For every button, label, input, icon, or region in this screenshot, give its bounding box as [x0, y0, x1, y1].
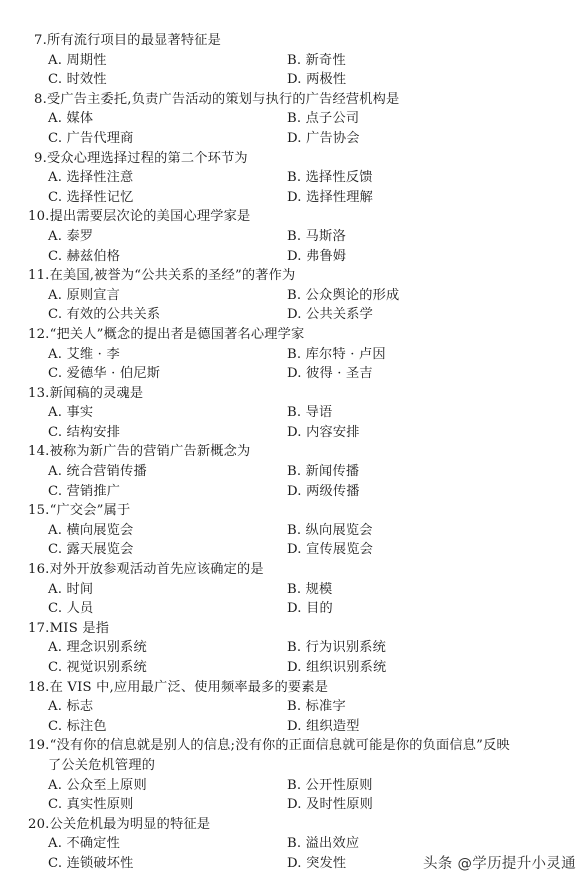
option-a: A. 公众至上原则 [48, 776, 147, 796]
option-c: C. 真实性原则 [48, 795, 134, 815]
question-stem: 17.MIS 是指 [0, 619, 588, 639]
option-c: C. 连锁破坏性 [48, 854, 134, 874]
question-18: 18.在 VIS 中,应用最广泛、使用频率最多的要素是 A. 标志B. 标准字 … [0, 678, 588, 737]
option-d: D. 彼得 · 圣吉 [287, 364, 373, 384]
option-c: C. 赫兹伯格 [48, 247, 120, 267]
option-b: B. 行为识别系统 [287, 638, 386, 658]
option-a: A. 时间 [48, 580, 93, 600]
option-a: A. 选择性注意 [48, 168, 133, 188]
question-stem: 8.受广告主委托,负责广告活动的策划与执行的广告经营机构是 [0, 90, 588, 110]
question-16: 16.对外开放参观活动首先应该确定的是 A. 时间B. 规模 C. 人员D. 目… [0, 560, 588, 619]
question-stem: 10.提出需要层次论的美国心理学家是 [0, 207, 588, 227]
question-7: 7.所有流行项目的最显著特征是 A. 周期性B. 新奇性 C. 时效性D. 两极… [0, 31, 588, 90]
option-b: B. 公众舆论的形成 [287, 286, 399, 306]
option-a: A. 横向展览会 [48, 521, 133, 541]
option-b: B. 公开性原则 [287, 776, 373, 796]
question-stem: 19.“没有你的信息就是别人的信息;没有你的正面信息就可能是你的负面信息”反映 [0, 736, 588, 756]
question-stem: 9.受众心理选择过程的第二个环节为 [0, 149, 588, 169]
option-b: B. 标准字 [287, 697, 346, 717]
option-d: D. 内容安排 [287, 423, 360, 443]
question-10: 10.提出需要层次论的美国心理学家是 A. 泰罗B. 马斯洛 C. 赫兹伯格D.… [0, 207, 588, 266]
option-a: A. 标志 [48, 697, 93, 717]
option-c: C. 广告代理商 [48, 129, 134, 149]
option-b: B. 规模 [287, 580, 332, 600]
option-d: D. 弗鲁姆 [287, 247, 346, 267]
question-9: 9.受众心理选择过程的第二个环节为 A. 选择性注意B. 选择性反馈 C. 选择… [0, 149, 588, 208]
option-b: B. 点子公司 [287, 109, 359, 129]
option-d: D. 宣传展览会 [287, 540, 373, 560]
option-d: D. 两极性 [287, 70, 346, 90]
option-a: A. 事实 [48, 403, 93, 423]
option-a: A. 理念识别系统 [48, 638, 147, 658]
question-stem: 7.所有流行项目的最显著特征是 [0, 31, 588, 51]
option-c: C. 有效的公共关系 [48, 305, 160, 325]
option-c: C. 露天展览会 [48, 540, 134, 560]
option-a: A. 统合营销传播 [48, 462, 147, 482]
option-b: B. 库尔特 · 卢因 [287, 345, 386, 365]
question-12: 12.“把关人”概念的提出者是德国著名心理学家 A. 艾维 · 李B. 库尔特 … [0, 325, 588, 384]
question-14: 14.被称为新广告的营销广告新概念为 A. 统合营销传播B. 新闻传播 C. 营… [0, 442, 588, 501]
option-d: D. 突发性 [287, 854, 346, 874]
option-d: D. 及时性原则 [287, 795, 373, 815]
question-19: 19.“没有你的信息就是别人的信息;没有你的正面信息就可能是你的负面信息”反映 … [0, 736, 588, 814]
watermark: 头条 @学历提升小灵通 [423, 852, 576, 873]
option-c: C. 时效性 [48, 70, 107, 90]
option-c: C. 人员 [48, 599, 93, 619]
question-15: 15.“广交会”属于 A. 横向展览会B. 纵向展览会 C. 露天展览会D. 宣… [0, 501, 588, 560]
question-stem: 11.在美国,被誉为“公共关系的圣经”的著作为 [0, 266, 588, 286]
option-a: A. 原则宣言 [48, 286, 120, 306]
option-b: B. 纵向展览会 [287, 521, 373, 541]
option-a: A. 媒体 [48, 109, 93, 129]
option-a: A. 周期性 [48, 51, 107, 71]
option-b: B. 新奇性 [287, 51, 346, 71]
option-c: C. 视觉识别系统 [48, 658, 147, 678]
option-d: D. 目的 [287, 599, 333, 619]
question-stem: 18.在 VIS 中,应用最广泛、使用频率最多的要素是 [0, 678, 588, 698]
exam-page: 7.所有流行项目的最显著特征是 A. 周期性B. 新奇性 C. 时效性D. 两极… [0, 31, 588, 874]
question-stem: 14.被称为新广告的营销广告新概念为 [0, 442, 588, 462]
option-c: C. 选择性记忆 [48, 188, 134, 208]
option-b: B. 导语 [287, 403, 332, 423]
option-d: D. 公共关系学 [287, 305, 373, 325]
question-stem: 13.新闻稿的灵魂是 [0, 384, 588, 404]
question-17: 17.MIS 是指 A. 理念识别系统B. 行为识别系统 C. 视觉识别系统D.… [0, 619, 588, 678]
option-a: A. 不确定性 [48, 834, 120, 854]
question-stem: 20.公关危机最为明显的特征是 [0, 815, 588, 835]
option-b: B. 选择性反馈 [287, 168, 373, 188]
option-c: C. 结构安排 [48, 423, 120, 443]
option-c: C. 营销推广 [48, 482, 120, 502]
option-b: B. 马斯洛 [287, 227, 346, 247]
option-d: D. 组织造型 [287, 717, 360, 737]
question-stem: 12.“把关人”概念的提出者是德国著名心理学家 [0, 325, 588, 345]
option-c: C. 标注色 [48, 717, 107, 737]
question-stem-continuation: 了公关危机管理的 [0, 756, 588, 776]
option-d: D. 组织识别系统 [287, 658, 386, 678]
question-13: 13.新闻稿的灵魂是 A. 事实B. 导语 C. 结构安排D. 内容安排 [0, 384, 588, 443]
question-11: 11.在美国,被誉为“公共关系的圣经”的著作为 A. 原则宣言B. 公众舆论的形… [0, 266, 588, 325]
question-stem: 15.“广交会”属于 [0, 501, 588, 521]
question-stem: 16.对外开放参观活动首先应该确定的是 [0, 560, 588, 580]
question-8: 8.受广告主委托,负责广告活动的策划与执行的广告经营机构是 A. 媒体B. 点子… [0, 90, 588, 149]
option-a: A. 艾维 · 李 [48, 345, 120, 365]
option-c: C. 爱德华 · 伯尼斯 [48, 364, 160, 384]
option-a: A. 泰罗 [48, 227, 93, 247]
option-d: D. 选择性理解 [287, 188, 373, 208]
option-b: B. 新闻传播 [287, 462, 359, 482]
option-d: D. 广告协会 [287, 129, 360, 149]
option-b: B. 溢出效应 [287, 834, 359, 854]
option-d: D. 两级传播 [287, 482, 360, 502]
